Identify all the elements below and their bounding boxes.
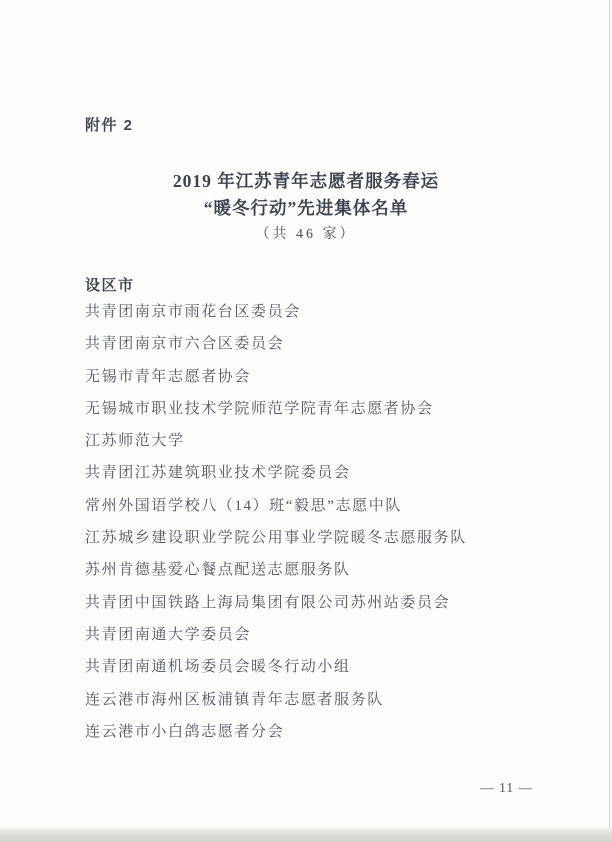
attachment-label: 附件 2 xyxy=(85,114,134,135)
list-item: 连云港市海州区板浦镇青年志愿者服务队 xyxy=(85,684,565,716)
list-item: 共青团南京市雨花台区委员会 xyxy=(85,296,565,328)
doc-subtitle-count: （共 46 家） xyxy=(0,223,612,243)
list-item: 常州外国语学校八（14）班“毅思”志愿中队 xyxy=(85,490,565,522)
doc-title-line1: 2019 年江苏青年志愿者服务春运 xyxy=(0,168,612,193)
list-item: 共青团中国铁路上海局集团有限公司苏州站委员会 xyxy=(85,587,565,619)
list-item: 江苏城乡建设职业学院公用事业学院暖冬志愿服务队 xyxy=(85,522,565,554)
section-heading: 设区市 xyxy=(85,274,135,295)
list-item: 连云港市小白鸽志愿者分会 xyxy=(85,716,565,748)
list-item: 江苏师范大学 xyxy=(85,425,565,457)
page-number: — 11 — xyxy=(480,780,533,796)
list-item: 共青团南通机场委员会暖冬行动小组 xyxy=(85,651,565,683)
list-item: 苏州肯德基爱心餐点配送志愿服务队 xyxy=(85,554,565,586)
list-item: 共青团南通大学委员会 xyxy=(85,619,565,651)
org-list: 共青团南京市雨花台区委员会 共青团南京市六合区委员会 无锡市青年志愿者协会 无锡… xyxy=(85,296,565,748)
list-item: 共青团江苏建筑职业技术学院委员会 xyxy=(85,457,565,489)
list-item: 共青团南京市六合区委员会 xyxy=(85,328,565,360)
scan-edge-line xyxy=(609,0,610,842)
list-item: 无锡市青年志愿者协会 xyxy=(85,361,565,393)
list-item: 无锡城市职业技术学院师范学院青年志愿者协会 xyxy=(85,393,565,425)
doc-title-line2: “暖冬行动”先进集体名单 xyxy=(0,195,612,220)
document-page: 附件 2 2019 年江苏青年志愿者服务春运 “暖冬行动”先进集体名单 （共 4… xyxy=(0,0,612,842)
bottom-scan-shadow xyxy=(0,828,612,842)
